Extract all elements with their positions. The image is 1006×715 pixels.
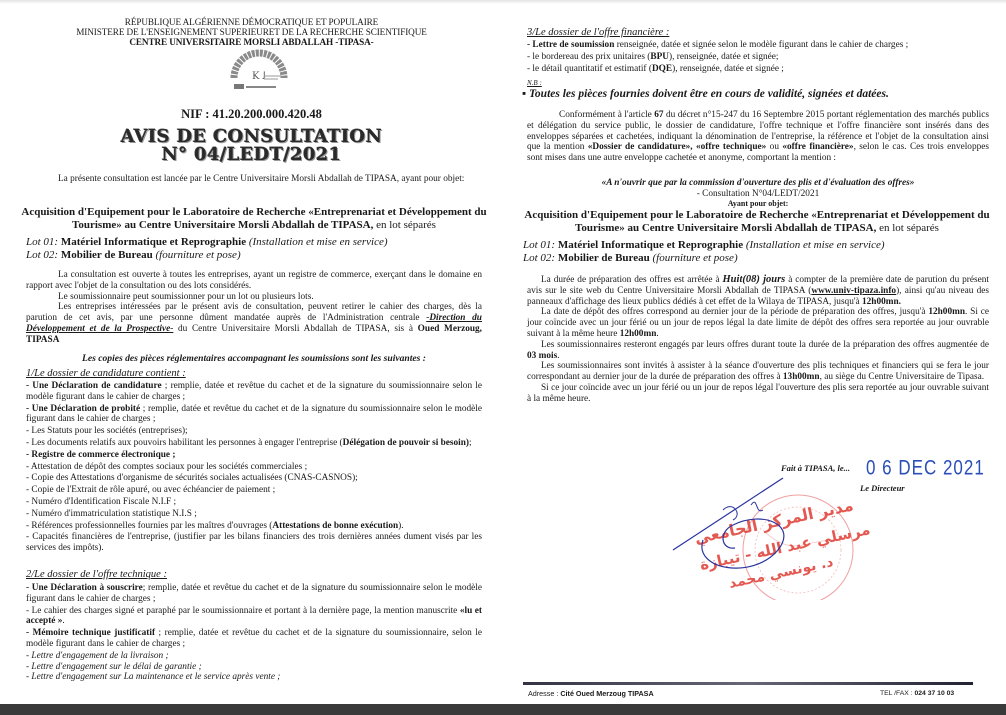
list-item: - Copie des Attestations d'organisme de … <box>26 473 482 484</box>
lot-01: Lot 01: Matériel Informatique et Reprogr… <box>26 236 388 248</box>
footer-address-label: Adresse : <box>528 689 560 698</box>
duree-a: La durée de préparation des offres est a… <box>541 275 723 285</box>
object-line-1: Acquisition d'Equipement pour le Laborat… <box>517 209 997 222</box>
depot-a: La date de dépôt des offres correspond a… <box>541 307 928 317</box>
para-duree: La durée de préparation des offres est a… <box>527 275 989 307</box>
para-depot: La date de dépôt des offres correspond a… <box>527 307 989 339</box>
para-retrait: Les entreprises intéressées par le prése… <box>26 302 482 345</box>
university-logo-icon: K ﻟ <box>228 48 290 94</box>
lot-name: Matériel Informatique et Reprographie <box>61 236 246 248</box>
duree-time: 12h00mn. <box>862 297 901 307</box>
list-item: - Lettre d'engagement sur La maintenance… <box>26 672 482 683</box>
item-bold: - Registre de commerce électronique ; <box>26 450 175 460</box>
item-bold: Attestations de bonne exécution <box>272 521 398 531</box>
svg-text:K ﻟ: K ﻟ <box>252 71 266 82</box>
para-retrait-a: Les entreprises intéressées par le prése… <box>26 302 482 323</box>
object-line-2-bold: Tourisme» au Centre Universitaire Morsli… <box>575 222 876 234</box>
footer-address: Adresse : Cité Oued Merzoug TIPASA <box>528 689 654 698</box>
intro-paragraph: La présente consultation est lancée par … <box>26 174 482 185</box>
conformity-paragraph: Conformément à l'article 67 du décret n°… <box>527 110 989 164</box>
para-lots: Le soumissionnaire peut soumissionner po… <box>26 292 482 303</box>
lot-label: Lot 02: <box>523 252 555 264</box>
item-bold: BPU <box>650 52 669 62</box>
conform-article: 67 <box>654 110 663 120</box>
item-bold: - Une Déclaration de candidature <box>26 381 162 391</box>
list-item: - Capacités financières de l'entreprise,… <box>26 532 482 554</box>
object-title-2: Acquisition d'Equipement pour le Laborat… <box>517 209 997 235</box>
lot-note: (Installation et mise en service) <box>746 239 885 251</box>
notice-number: N° 04/LEDT/2021 <box>0 146 503 164</box>
list-item: - Registre de commerce électronique ; <box>26 450 482 461</box>
lot-note: (Installation et mise en service) <box>249 236 388 248</box>
nif-number: NIF : 41.20.200.000.420.48 <box>0 107 503 122</box>
object-title: Acquisition d'Equipement pour le Laborat… <box>14 206 494 232</box>
header-university-text: CENTRE UNIVERSITAIRE MORSLI ABDALLAH -TI… <box>129 37 373 47</box>
section-1-list: - Une Déclaration de candidature ; rempl… <box>26 381 482 555</box>
document-page-1: RÉPUBLIQUE ALGÉRIENNE DÉMOCRATIQUE ET PO… <box>0 0 503 704</box>
object-line-1: Acquisition d'Equipement pour le Laborat… <box>14 206 494 219</box>
item-bold: - Mémoire technique justificatif <box>26 628 155 638</box>
handwritten-signature-icon <box>663 470 803 590</box>
list-item: - Lettre d'engagement de la livraison ; <box>26 651 482 662</box>
lot-label: Lot 01: <box>26 236 58 248</box>
nb-text: ▪ Toutes les pièces fournies doivent êtr… <box>522 88 889 100</box>
lot-name: Mobilier de Bureau <box>61 249 153 261</box>
footer-phone-label: TEL /FAX : <box>880 690 915 697</box>
footer-divider <box>523 682 973 685</box>
list-item: - le bordereau des prix unitaires (BPU),… <box>527 52 987 63</box>
eligibility-paragraphs: La consultation est ouverte à toutes les… <box>26 270 482 346</box>
copies-heading: Les copies des pièces réglementaires acc… <box>26 354 482 365</box>
header-ministry: MINISTERE DE L'ENSEIGNEMENT SUPERIEURET … <box>0 27 503 37</box>
list-item: - Copie de l'Extrait de rôle apuré, ou a… <box>26 485 482 496</box>
list-item: - Références professionnelles fournies p… <box>26 521 482 532</box>
date-stamp: 0 6 DEC 2021 <box>866 456 985 481</box>
lot-note: (fourniture et pose) <box>155 249 240 261</box>
lot-02: Lot 02: Mobilier de Bureau (fourniture e… <box>26 249 241 261</box>
para-seance: Les soumissionnaires sont invités à assi… <box>527 361 989 383</box>
list-item: - Lettre d'engagement sur le délai de ga… <box>26 662 482 673</box>
list-item: - Une Déclaration de candidature ; rempl… <box>26 381 482 403</box>
engages-c: . <box>557 351 559 361</box>
para-engagement: Les soumissionnaires resteront engagés p… <box>527 340 989 362</box>
header-republic: RÉPUBLIQUE ALGÉRIENNE DÉMOCRATIQUE ET PO… <box>0 17 503 27</box>
list-item: - Mémoire technique justificatif ; rempl… <box>26 628 482 650</box>
list-item: - Lettre de soumission renseignée, datée… <box>527 40 987 51</box>
lot-label: Lot 01: <box>523 239 555 251</box>
list-item: - Numéro d'Identification Fiscale N.I.F … <box>26 497 482 508</box>
depot-time: 12h00mn <box>928 307 965 317</box>
nb-text-content: Toutes les pièces fournies doivent être … <box>529 88 889 100</box>
conform-f: «offre financière» <box>782 142 853 152</box>
list-item: - le détail quantitatif et estimatif (DQ… <box>527 64 987 75</box>
website-link[interactable]: www.univ-tipaza.info <box>811 286 896 296</box>
engages-a: Les soumissionnaires resteront engagés p… <box>541 340 989 350</box>
lot-name: Matériel Informatique et Reprographie <box>558 239 743 251</box>
engages-duration: 03 mois <box>527 351 557 361</box>
object-line-2-bold: Tourisme» au Centre Universitaire Morsli… <box>72 219 373 231</box>
lot-note: (fourniture et pose) <box>652 252 737 264</box>
para-eligibility: La consultation est ouverte à toutes les… <box>26 270 482 292</box>
seance-time: 13h00mn <box>783 372 820 382</box>
lot-01-right: Lot 01: Matériel Informatique et Reprogr… <box>523 239 885 251</box>
list-item: - Une Déclaration à souscrire; remplie, … <box>26 583 482 605</box>
conform-d: «Dossier de candidature», «offre techniq… <box>588 142 767 152</box>
section-1-heading: 1/Le dossier de candidature contient : <box>26 368 186 379</box>
nb-label: N.B : <box>527 79 542 87</box>
lot-label: Lot 02: <box>26 249 58 261</box>
depot-e: . <box>656 329 658 339</box>
list-item: - Le cahier des charges signé et paraphé… <box>26 606 482 628</box>
object-line-2-rest: en lot séparés <box>373 219 436 231</box>
conform-e: ou <box>766 142 782 152</box>
depot-time-2: 12h00mn <box>620 329 657 339</box>
list-item: - Attestation de dépôt des comptes socia… <box>26 462 482 473</box>
list-item: - Une Déclaration de probité ; remplie, … <box>26 404 482 426</box>
duree-days: Huit(08) jours <box>723 274 786 285</box>
seance-c: , au siège du Centre Universitaire de Ti… <box>820 372 984 382</box>
list-item: - Les documents relatifs aux pouvoirs ha… <box>26 438 482 449</box>
conform-a: Conformément à l'article <box>559 110 654 120</box>
footer-phone: TEL /FAX : 024 37 10 03 <box>880 690 954 697</box>
section-2-heading: 2/Le dossier de l'offre technique : <box>26 569 167 580</box>
lot-name: Mobilier de Bureau <box>558 252 650 264</box>
item-bold: DQE <box>652 64 672 74</box>
object-line-2: Tourisme» au Centre Universitaire Morsli… <box>517 222 997 235</box>
conditions-block: La durée de préparation des offres est a… <box>527 275 989 405</box>
item-bold: Délégation de pouvoir si besoin) <box>343 438 469 448</box>
object-line-2: Tourisme» au Centre Universitaire Morsli… <box>14 219 494 232</box>
list-item: - Numéro d'immatriculation statistique N… <box>26 509 482 520</box>
section-2-list: - Une Déclaration à souscrire; remplie, … <box>26 583 482 683</box>
item-bold: - Lettre de soumission <box>527 40 614 50</box>
envelope-mention: «A n'ouvrir que par la commission d'ouve… <box>527 178 989 189</box>
header-university: CENTRE UNIVERSITAIRE MORSLI ABDALLAH -TI… <box>0 37 503 47</box>
object-line-2-rest: en lot séparés <box>876 222 939 234</box>
list-item: - Les Statuts pour les sociétés (entrepr… <box>26 426 482 437</box>
footer-address-value: Cité Oued Merzoug TIPASA <box>560 689 653 698</box>
section-3-heading: 3/Le dossier de l'offre financière : <box>527 27 669 38</box>
para-ferie: Si ce jour coïncide avec un jour férié o… <box>527 383 989 405</box>
document-page-2: 3/Le dossier de l'offre financière : - L… <box>503 0 1006 704</box>
item-bold: - Une Déclaration de probité <box>26 404 140 414</box>
para-retrait-b: du Centre Universitaire Morsli Abdallah … <box>173 324 417 334</box>
lot-02-right: Lot 02: Mobilier de Bureau (fourniture e… <box>523 252 738 264</box>
footer-phone-value: 024 37 10 03 <box>915 690 955 697</box>
section-3-list: - Lettre de soumission renseignée, datée… <box>527 40 987 75</box>
item-bold: - Une Déclaration à souscrire <box>26 583 143 593</box>
viewer-bottom-bar <box>0 704 1006 715</box>
